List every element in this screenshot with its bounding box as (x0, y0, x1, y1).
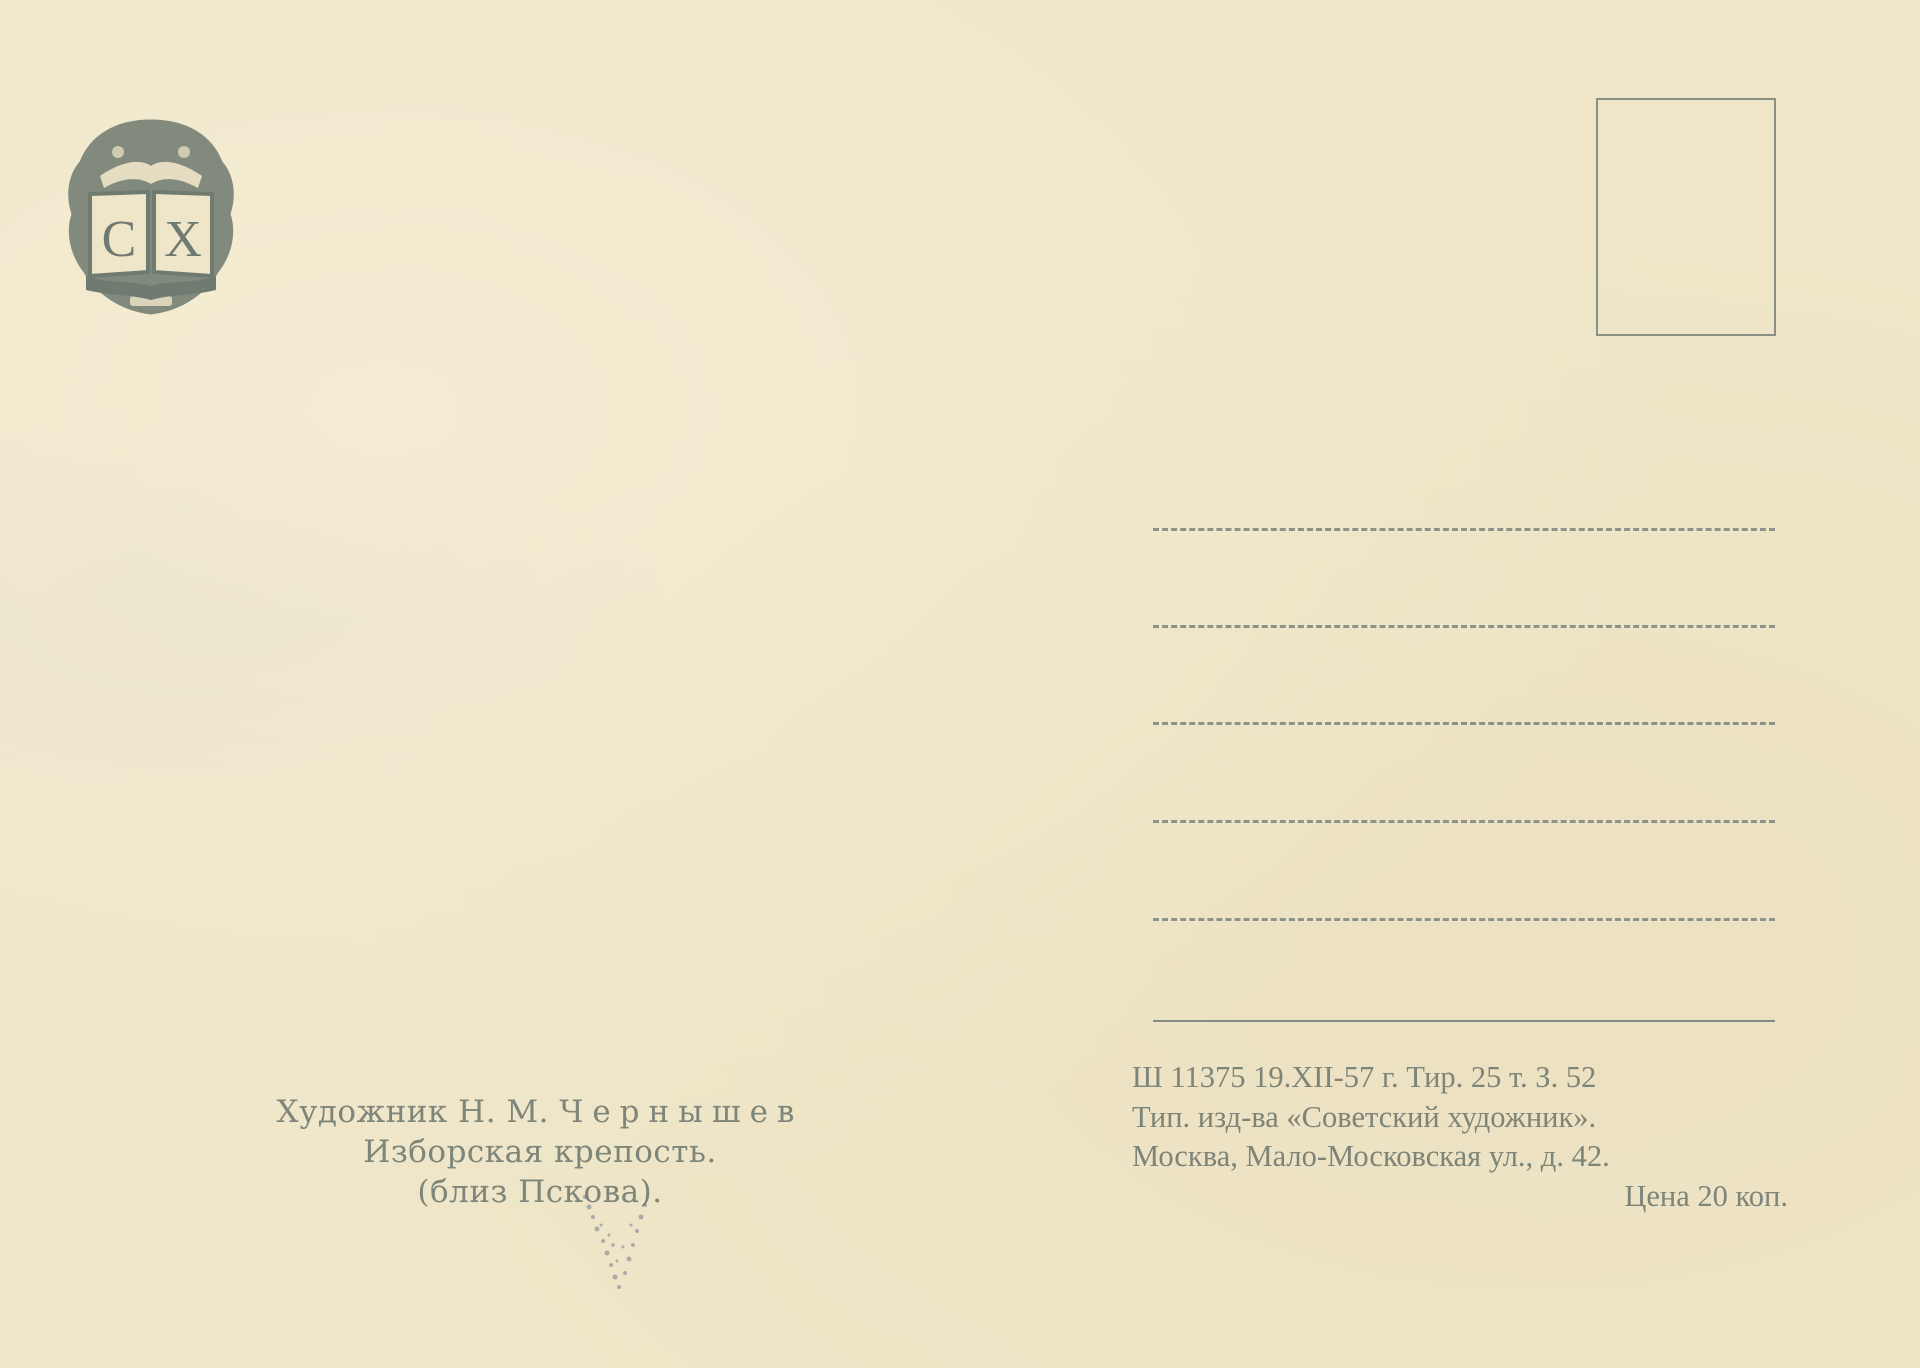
address-line-4 (1153, 820, 1775, 823)
address-line-3 (1153, 722, 1775, 725)
artwork-caption: Художник Н. М. Чернышев Изборская крепос… (200, 1092, 880, 1212)
address-line-solid (1153, 1020, 1775, 1022)
imprint-order-line: Ш 11375 19.XII-57 г. Тир. 25 т. З. 52 (1132, 1058, 1788, 1098)
imprint-price: Цена 20 коп. (1132, 1177, 1788, 1217)
imprint-printer-line: Тип. изд-ва «Советский художник». (1132, 1098, 1788, 1138)
postcard-back: С Х Художник Н. М. Чернышев Изборская кр… (0, 0, 1920, 1368)
artist-name: Художник Н. М. (277, 1094, 549, 1130)
imprint-address-line: Москва, Мало-Московская ул., д. 42. (1132, 1137, 1788, 1177)
publisher-imprint: Ш 11375 19.XII-57 г. Тир. 25 т. З. 52 Ти… (1132, 1058, 1788, 1216)
artwork-title: Изборская крепость. (200, 1132, 880, 1172)
ink-stamp-mark (565, 1185, 665, 1300)
address-line-5 (1153, 918, 1775, 921)
address-line-2 (1153, 625, 1775, 628)
svg-text:С: С (102, 211, 137, 268)
address-line-1 (1153, 528, 1775, 531)
artwork-subtitle: (близ Пскова). (200, 1172, 880, 1212)
stamp-placeholder-box (1596, 98, 1776, 336)
artist-surname: Чернышев (559, 1094, 803, 1130)
artist-line: Художник Н. М. Чернышев (200, 1092, 880, 1132)
svg-text:Х: Х (164, 211, 202, 268)
soviet-artist-emblem-icon: С Х (60, 114, 242, 320)
